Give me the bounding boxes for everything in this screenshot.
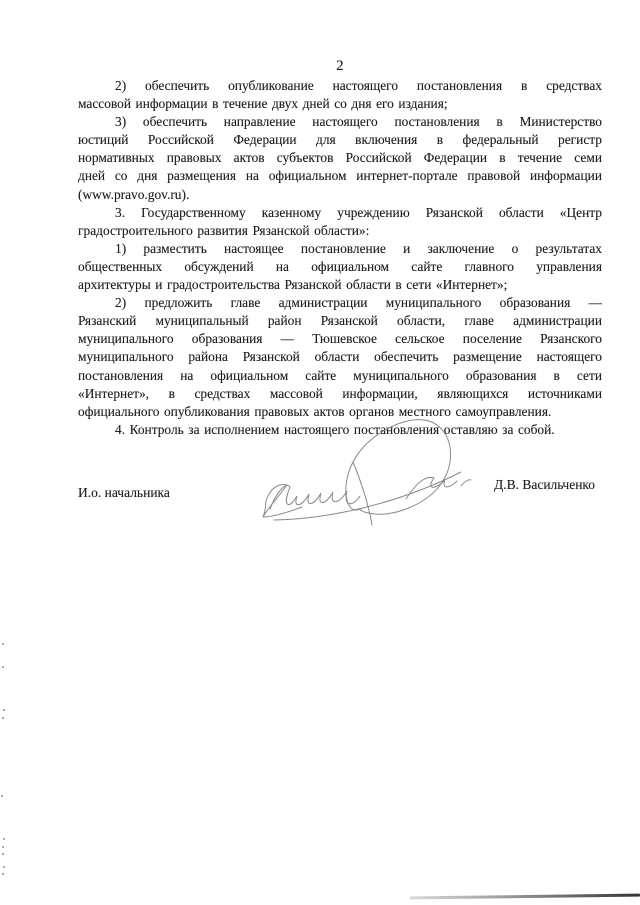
signatory-name: Д.В. Васильченко: [494, 477, 595, 493]
text-line: дней со дня размещения на официальном ин…: [78, 167, 602, 185]
document-body: 2) обеспечить опубликование настоящего п…: [78, 77, 602, 439]
text-line: Рязанский муниципальный район Рязанской …: [78, 312, 602, 330]
text-line: архитектуры и градостроительства Рязанск…: [78, 276, 602, 294]
text-line: муниципального образования — Тюшевское с…: [78, 330, 602, 348]
text-line: 3) обеспечить направление настоящего пос…: [78, 113, 602, 131]
scan-speck: [2, 666, 4, 668]
text-line: муниципального района Рязанской области …: [78, 348, 602, 366]
scan-speck: [2, 873, 4, 875]
text-line: 1) разместить настоящее постановление и …: [78, 240, 602, 258]
page-number: 2: [78, 58, 602, 75]
text-line: общественных обсуждений на официальном с…: [78, 258, 602, 276]
scan-speck: [2, 846, 4, 848]
text-line: постановления на официальном сайте муниц…: [78, 367, 602, 385]
scan-edge-line: [410, 894, 640, 900]
text-line: юстиций Российской Федерации для включен…: [78, 131, 602, 149]
scan-speck: [3, 866, 5, 868]
text-line: нормативных правовых актов субъектов Рос…: [78, 149, 602, 167]
scan-speck: [2, 853, 4, 855]
text-line: «Интернет», в средствах массовой информа…: [78, 385, 602, 403]
text-line: 2) обеспечить опубликование настоящего п…: [78, 77, 602, 95]
text-line: градостроительного развития Рязанской об…: [78, 222, 602, 240]
scan-speck: [2, 717, 4, 719]
text-line: 3. Государственному казенному учреждению…: [78, 204, 602, 222]
scan-speck: [3, 709, 5, 711]
scan-speck: [3, 838, 5, 840]
scan-speck: [1, 795, 3, 797]
signature-image: [256, 417, 474, 529]
scan-speck: [2, 643, 4, 645]
signatory-position: И.о. начальника: [78, 485, 170, 501]
text-line: 2) предложить главе администрации муници…: [78, 294, 602, 312]
text-line: (www.pravo.gov.ru).: [78, 186, 602, 204]
text-line: массовой информации в течение двух дней …: [78, 95, 602, 113]
